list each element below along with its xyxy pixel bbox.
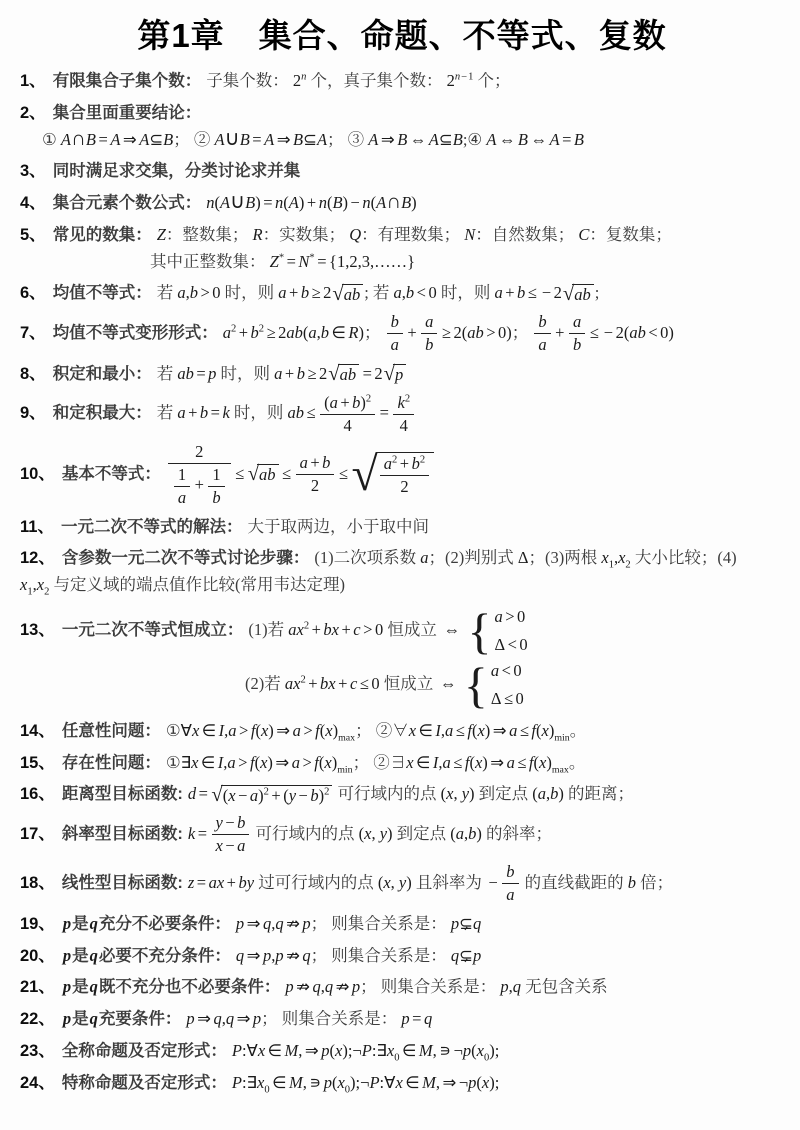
item-heading: 一元二次不等式恒成立： bbox=[62, 621, 244, 639]
item-number: 5、 bbox=[20, 226, 46, 244]
formula-item-2: 2、集合里面重要结论：① A∩B=A⇒A⊆B； ② A∪B=A⇒B⊆A； ③ A… bbox=[20, 101, 784, 153]
item-heading: 有限集合子集个数： bbox=[53, 72, 202, 90]
item-line: 14、任意性问题：①∀x∈I,a>f(x)⇒a>f(x)max； ②∀x∈I,a… bbox=[20, 719, 784, 744]
formula-item-5: 5、常见的数集：Z：整数集； R：实数集； Q：有理数集； N：自然数集； C：… bbox=[20, 223, 784, 275]
item-content: 若 a,b>0 时，则 a+b≥2√ab; 若 a,b<0 时，则 a+b≤−2… bbox=[157, 283, 600, 302]
item-line: 2、集合里面重要结论： bbox=[20, 101, 784, 126]
item-line: 19、p是q充分不必要条件：p⇒q,q⇏p； 则集合关系是： p⊊q bbox=[20, 912, 784, 937]
item-heading: 含参数一元二次不等式讨论步骤： bbox=[62, 549, 310, 567]
item-number: 14、 bbox=[20, 722, 55, 740]
item-number: 4、 bbox=[20, 194, 46, 212]
item-number: 1、 bbox=[20, 72, 46, 90]
item-number: 24、 bbox=[20, 1074, 55, 1092]
item-content: 若 ab=p 时，则 a+b≥2√ab=2√p bbox=[157, 364, 408, 383]
item-line: 9、和定积最大：若 a+b=k 时，则 ab≤(a+b)24=k24 bbox=[20, 394, 784, 436]
item-heading: 斜率型目标函数: bbox=[62, 825, 183, 843]
item-line: 15、存在性问题：①∃x∈I,a>f(x)⇒a>f(x)min； ②∃x∈I,a… bbox=[20, 751, 784, 776]
formula-item-15: 15、存在性问题：①∃x∈I,a>f(x)⇒a>f(x)min； ②∃x∈I,a… bbox=[20, 751, 784, 776]
item-number: 21、 bbox=[20, 978, 55, 996]
brace-icon: { bbox=[467, 610, 491, 653]
item-heading: 特称命题及否定形式： bbox=[62, 1074, 227, 1092]
item-heading: 均值不等式变形形式： bbox=[53, 324, 218, 342]
item-continuation-line: x1,x2 与定义域的端点值作比较(常用韦达定理) bbox=[20, 573, 784, 598]
item-line: 13、一元二次不等式恒成立：(1)若 ax2+bx+c>0 恒成立 ⇔{a>0Δ… bbox=[20, 605, 784, 658]
item-line: 17、斜率型目标函数:k=y−bx−a 可行域内的点 (x, y) 到定点 (a… bbox=[20, 814, 784, 856]
item-line: 12、含参数一元二次不等式讨论步骤：(1)二次项系数 a；(2)判别式 Δ；(3… bbox=[20, 546, 784, 571]
formula-item-17: 17、斜率型目标函数:k=y−bx−a 可行域内的点 (x, y) 到定点 (a… bbox=[20, 814, 784, 856]
item-heading: 和定积最大： bbox=[53, 404, 152, 422]
item-number: 6、 bbox=[20, 284, 46, 302]
item-number: 17、 bbox=[20, 825, 55, 843]
brace-icon: { bbox=[464, 664, 488, 707]
item-number: 7、 bbox=[20, 324, 46, 342]
item-content: (1)二次项系数 a；(2)判别式 Δ；(3)两根 x1,x2 大小比较；(4) bbox=[314, 548, 736, 567]
item-content: 大于取两边，小于取中间 bbox=[247, 517, 429, 536]
item-number: 20、 bbox=[20, 947, 55, 965]
item-number: 15、 bbox=[20, 754, 55, 772]
formula-item-8: 8、积定和最小：若 ab=p 时，则 a+b≥2√ab=2√p bbox=[20, 362, 784, 387]
item-heading: p是q既不充分也不必要条件： bbox=[62, 978, 281, 996]
formula-item-12: 12、含参数一元二次不等式讨论步骤：(1)二次项系数 a；(2)判别式 Δ；(3… bbox=[20, 546, 784, 598]
item-content: ①∀x∈I,a>f(x)⇒a>f(x)max； ②∀x∈I,a≤f(x)⇒a≤f… bbox=[166, 721, 586, 740]
formula-item-19: 19、p是q充分不必要条件：p⇒q,q⇏p； 则集合关系是： p⊊q bbox=[20, 912, 784, 937]
item-heading: 基本不等式： bbox=[62, 465, 161, 483]
item-line: 23、全称命题及否定形式：P:∀x∈M,⇒p(x);¬P:∃x0∈M,∍¬p(x… bbox=[20, 1039, 784, 1064]
item-number: 18、 bbox=[20, 874, 55, 892]
item-heading: 集合里面重要结论： bbox=[53, 104, 202, 122]
item-number: 12、 bbox=[20, 549, 55, 567]
formula-item-7: 7、均值不等式变形形式：a2+b2≥2ab(a,b∈R)； ba+ab≥2(ab… bbox=[20, 313, 784, 355]
item-line: 1、有限集合子集个数：子集个数： 2n 个，真子集个数： 2n−1 个； bbox=[20, 69, 784, 94]
formula-item-13: 13、一元二次不等式恒成立：(1)若 ax2+bx+c>0 恒成立 ⇔{a>0Δ… bbox=[20, 605, 784, 712]
item-continuation-line: 其中正整数集： Z*=N*={1,2,3,……} bbox=[20, 250, 784, 275]
item-heading: 积定和最小： bbox=[53, 365, 152, 383]
item-content: 若 a+b=k 时，则 ab≤(a+b)24=k24 bbox=[157, 403, 416, 422]
item-continuation-line: ① A∩B=A⇒A⊆B； ② A∪B=A⇒B⊆A； ③ A⇒B⇔A⊆B;④ A⇔… bbox=[20, 128, 784, 153]
formula-item-9: 9、和定积最大：若 a+b=k 时，则 ab≤(a+b)24=k24 bbox=[20, 394, 784, 436]
formula-item-6: 6、均值不等式：若 a,b>0 时，则 a+b≥2√ab; 若 a,b<0 时，… bbox=[20, 281, 784, 306]
item-number: 9、 bbox=[20, 404, 46, 422]
item-heading: p是q充分不必要条件： bbox=[62, 915, 231, 933]
item-line: 18、线性型目标函数:z=ax+by 过可行域内的点 (x, y) 且斜率为 −… bbox=[20, 863, 784, 905]
item-content: ①∃x∈I,a>f(x)⇒a>f(x)min； ②∃x∈I,a≤f(x)⇒a≤f… bbox=[166, 753, 586, 772]
item-content: P:∀x∈M,⇒p(x);¬P:∃x0∈M,∍¬p(x0); bbox=[232, 1041, 499, 1060]
item-number: 8、 bbox=[20, 365, 46, 383]
item-number: 2、 bbox=[20, 104, 46, 122]
item-number: 3、 bbox=[20, 162, 46, 180]
item-heading: 距离型目标函数: bbox=[62, 785, 183, 803]
item-number: 13、 bbox=[20, 621, 55, 639]
item-number: 11、 bbox=[20, 518, 54, 536]
item-heading: 一元二次不等式的解法： bbox=[61, 518, 243, 536]
formula-item-4: 4、集合元素个数公式：n(A∪B)=n(A)+n(B)−n(A∩B) bbox=[20, 191, 784, 216]
item-heading: 同时满足求交集，分类讨论求并集 bbox=[53, 162, 301, 180]
item-line: 3、同时满足求交集，分类讨论求并集 bbox=[20, 159, 784, 184]
item-line: 10、基本不等式：21a+1b≤√ab≤a+b2≤√a2+b22 bbox=[20, 443, 784, 508]
formula-item-20: 20、p是q必要不充分条件：q⇒p,p⇏q； 则集合关系是： q⊊p bbox=[20, 944, 784, 969]
item-line: 24、特称命题及否定形式：P:∃x0∈M,∍p(x0);¬P:∀x∈M,⇒¬p(… bbox=[20, 1071, 784, 1096]
formula-item-21: 21、p是q既不充分也不必要条件：p⇏q,q⇏p； 则集合关系是： p,q 无包… bbox=[20, 975, 784, 1000]
item-number: 22、 bbox=[20, 1010, 55, 1028]
item-content: k=y−bx−a 可行域内的点 (x, y) 到定点 (a,b) 的斜率； bbox=[188, 824, 552, 843]
item-content: 21a+1b≤√ab≤a+b2≤√a2+b22 bbox=[166, 464, 435, 483]
item-heading: 常见的数集： bbox=[53, 226, 152, 244]
item-heading: 存在性问题： bbox=[62, 754, 161, 772]
item-content: P:∃x0∈M,∍p(x0);¬P:∀x∈M,⇒¬p(x); bbox=[232, 1073, 499, 1092]
item-number: 23、 bbox=[20, 1042, 55, 1060]
formula-item-10: 10、基本不等式：21a+1b≤√ab≤a+b2≤√a2+b22 bbox=[20, 443, 784, 508]
formula-item-23: 23、全称命题及否定形式：P:∀x∈M,⇒p(x);¬P:∃x0∈M,∍¬p(x… bbox=[20, 1039, 784, 1064]
item-line: 4、集合元素个数公式：n(A∪B)=n(A)+n(B)−n(A∩B) bbox=[20, 191, 784, 216]
item-content: 子集个数： 2n 个，真子集个数： 2n−1 个； bbox=[206, 71, 510, 90]
formula-sheet: 第1章 集合、命题、不等式、复数 1、有限集合子集个数：子集个数： 2n 个，真… bbox=[0, 0, 800, 1095]
item-heading: 线性型目标函数: bbox=[62, 874, 183, 892]
item-line: 21、p是q既不充分也不必要条件：p⇏q,q⇏p； 则集合关系是： p,q 无包… bbox=[20, 975, 784, 1000]
item-number: 19、 bbox=[20, 915, 55, 933]
item-number: 10、 bbox=[20, 465, 55, 483]
item-content: q⇒p,p⇏q； 则集合关系是： q⊊p bbox=[236, 946, 481, 965]
item-content: (1)若 ax2+bx+c>0 恒成立 ⇔{a>0Δ<0 bbox=[248, 620, 527, 639]
item-line: 6、均值不等式：若 a,b>0 时，则 a+b≥2√ab; 若 a,b<0 时，… bbox=[20, 281, 784, 306]
formula-item-3: 3、同时满足求交集，分类讨论求并集 bbox=[20, 159, 784, 184]
item-heading: p是q充要条件： bbox=[62, 1010, 182, 1028]
formula-item-16: 16、距离型目标函数:d=√(x−a)2+(y−b)2 可行域内的点 (x, y… bbox=[20, 782, 784, 807]
formula-item-24: 24、特称命题及否定形式：P:∃x0∈M,∍p(x0);¬P:∀x∈M,⇒¬p(… bbox=[20, 1071, 784, 1096]
item-content: z=ax+by 过可行域内的点 (x, y) 且斜率为 −ba 的直线截距的 b… bbox=[188, 873, 673, 892]
item-number: 16、 bbox=[20, 785, 55, 803]
item-line: 8、积定和最小：若 ab=p 时，则 a+b≥2√ab=2√p bbox=[20, 362, 784, 387]
item-content: p⇒q,q⇏p； 则集合关系是： p⊊q bbox=[236, 914, 481, 933]
item-content: Z：整数集； R：实数集； Q：有理数集； N：自然数集； C：复数集； bbox=[157, 225, 672, 244]
item-line: 5、常见的数集：Z：整数集； R：实数集； Q：有理数集； N：自然数集； C：… bbox=[20, 223, 784, 248]
item-content: p⇒q,q⇒p； 则集合关系是： p=q bbox=[186, 1009, 432, 1028]
item-content: p⇏q,q⇏p； 则集合关系是： p,q 无包含关系 bbox=[285, 977, 607, 996]
item-continuation-line: (2)若 ax2+bx+c≤0 恒成立 ⇔{a<0Δ≤0 bbox=[20, 659, 784, 712]
item-line: 7、均值不等式变形形式：a2+b2≥2ab(a,b∈R)； ba+ab≥2(ab… bbox=[20, 313, 784, 355]
item-heading: 均值不等式： bbox=[53, 284, 152, 302]
item-content: d=√(x−a)2+(y−b)2 可行域内的点 (x, y) 到定点 (a,b)… bbox=[188, 784, 634, 803]
item-line: 11、一元二次不等式的解法：大于取两边，小于取中间 bbox=[20, 515, 784, 540]
item-heading: 任意性问题： bbox=[62, 722, 161, 740]
formula-item-1: 1、有限集合子集个数：子集个数： 2n 个，真子集个数： 2n−1 个； bbox=[20, 69, 784, 94]
item-heading: p是q必要不充分条件： bbox=[62, 947, 231, 965]
item-heading: 集合元素个数公式： bbox=[53, 194, 202, 212]
item-line: 20、p是q必要不充分条件：q⇒p,p⇏q； 则集合关系是： q⊊p bbox=[20, 944, 784, 969]
radical-icon: √ bbox=[351, 452, 377, 497]
formula-items-container: 1、有限集合子集个数：子集个数： 2n 个，真子集个数： 2n−1 个；2、集合… bbox=[20, 69, 784, 1095]
page-title: 第1章 集合、命题、不等式、复数 bbox=[20, 10, 784, 57]
formula-item-14: 14、任意性问题：①∀x∈I,a>f(x)⇒a>f(x)max； ②∀x∈I,a… bbox=[20, 719, 784, 744]
item-heading: 全称命题及否定形式： bbox=[62, 1042, 227, 1060]
item-line: 22、p是q充要条件：p⇒q,q⇒p； 则集合关系是： p=q bbox=[20, 1007, 784, 1032]
item-content: n(A∪B)=n(A)+n(B)−n(A∩B) bbox=[206, 193, 416, 212]
formula-item-22: 22、p是q充要条件：p⇒q,q⇒p； 则集合关系是： p=q bbox=[20, 1007, 784, 1032]
formula-item-18: 18、线性型目标函数:z=ax+by 过可行域内的点 (x, y) 且斜率为 −… bbox=[20, 863, 784, 905]
formula-item-11: 11、一元二次不等式的解法：大于取两边，小于取中间 bbox=[20, 515, 784, 540]
item-line: 16、距离型目标函数:d=√(x−a)2+(y−b)2 可行域内的点 (x, y… bbox=[20, 782, 784, 807]
item-content: a2+b2≥2ab(a,b∈R)； ba+ab≥2(ab>0)； ba+ab≤−… bbox=[223, 323, 674, 342]
